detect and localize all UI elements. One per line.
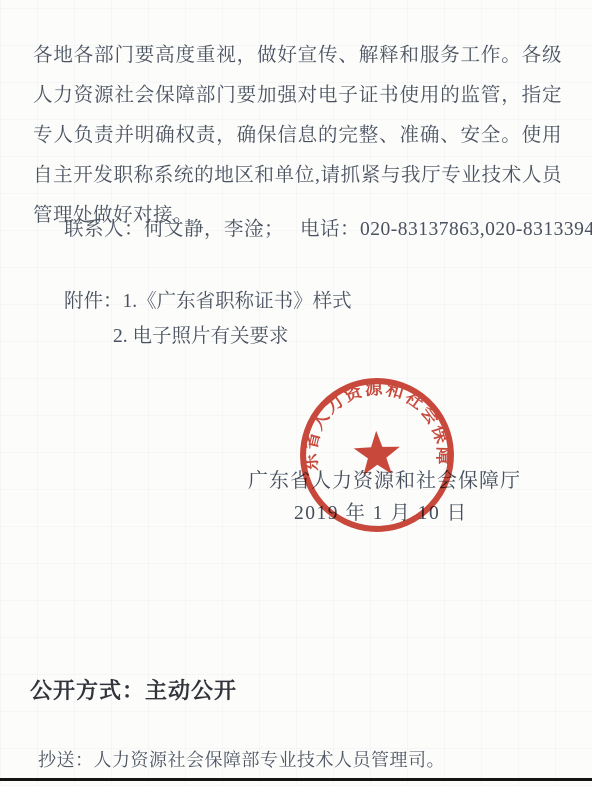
attachment-item-2: 2. 电子照片有关要求 xyxy=(113,326,289,347)
attachments-block: 附件：1.《广东省职称证书》样式 2. 电子照片有关要求 xyxy=(64,284,352,354)
attachment-row-1: 附件：1.《广东省职称证书》样式 xyxy=(64,284,352,319)
contact-names: 何文静，李淦； xyxy=(144,219,284,240)
contact-label: 联系人： xyxy=(64,219,144,240)
phone-label: 电话： xyxy=(300,219,360,240)
contact-line: 联系人：何文静，李淦；电话：020-83137863,020-83133948。 xyxy=(64,213,592,241)
attachments-label: 附件： xyxy=(64,291,123,312)
phone-numbers: 020-83137863,020-83133948。 xyxy=(360,219,592,240)
body-paragraph: 各地各部门要高度重视，做好宣传、解释和服务工作。各级人力资源社会保障部门要加强对… xyxy=(33,36,562,236)
disclosure-line: 公开方式：主动公开 xyxy=(30,674,237,705)
attachment-row-2: 2. 电子照片有关要求 xyxy=(64,319,352,354)
attachment-item-1: 1.《广东省职称证书》样式 xyxy=(123,291,352,312)
official-seal: 广东省人力资源和社会保障厅 xyxy=(293,371,461,539)
cc-line: 抄送：人力资源社会保障部专业技术人员管理司。 xyxy=(38,746,445,772)
scanned-document-page: 各地各部门要高度重视，做好宣传、解释和服务工作。各级人力资源社会保障部门要加强对… xyxy=(0,0,592,786)
seal-star-icon xyxy=(353,430,401,476)
bottom-rule xyxy=(0,778,592,781)
